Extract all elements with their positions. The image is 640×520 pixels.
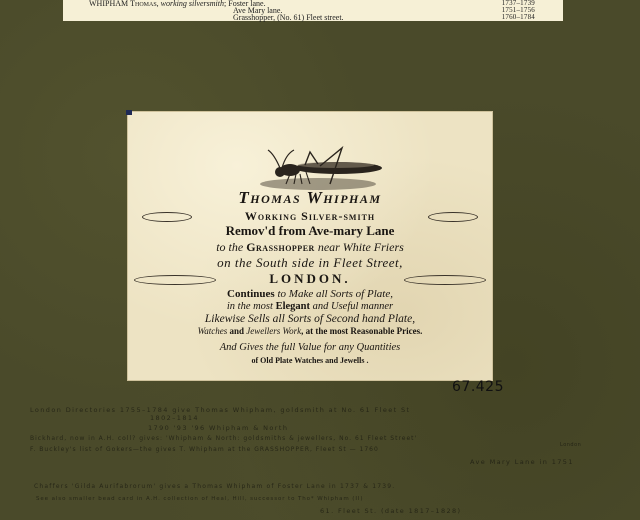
- note-line: London: [560, 442, 581, 448]
- grasshopper-icon: [250, 132, 385, 192]
- note-line: F. Buckley's list of Gokers—the gives T.…: [30, 446, 379, 453]
- note-line: Ave Mary Lane in 1751: [470, 458, 574, 466]
- flourish: [142, 212, 192, 222]
- buying-line-1: And Gives the full Value for any Quantit…: [128, 342, 492, 353]
- flourish: [134, 275, 216, 285]
- services-line-1: Continues to Make all Sorts of Plate,: [128, 288, 492, 300]
- removed-notice: Remov'd from Ave-mary Lane: [128, 223, 492, 239]
- note-line: Bickhard, now in A.H. coll? gives: 'Whip…: [30, 435, 417, 442]
- mount-corner: [126, 110, 132, 115]
- flourish: [428, 212, 478, 222]
- trade-card: Thomas Whipham Working Silver-smith Remo…: [128, 112, 492, 380]
- directory-row: WHIPHAM Thomas, working silversmith; Fos…: [63, 0, 563, 7]
- services-line-3: Likewise Sells all Sorts of Second hand …: [128, 313, 492, 325]
- directory-row: Grasshopper, (No. 61) Fleet street. 1760…: [63, 14, 563, 21]
- city-line: LONDON.: [128, 271, 492, 287]
- proprietor-name: Thomas Whipham: [128, 188, 492, 208]
- note-line: 1790 '93 '96 Whipham & North: [148, 424, 288, 432]
- shop-sign: Grasshopper: [246, 240, 315, 254]
- buying-line-2: of Old Plate Watches and Jewells .: [128, 356, 492, 365]
- services-line-4: Watches and Jewellers Work, at the most …: [128, 326, 492, 336]
- street-line: on the South side in Fleet Street,: [128, 255, 492, 271]
- services-line-2: in the most Elegant and Useful manner: [128, 301, 492, 312]
- note-line: Chaffers 'Gilda Aurifabrorum' gives a Th…: [34, 483, 395, 490]
- note-line: 61. Fleet St. (date 1817–1828): [320, 507, 462, 515]
- accession-number: 67.425: [452, 379, 504, 395]
- trade-title: Working Silver-smith: [128, 209, 492, 224]
- note-line: London Directories 1755–1784 give Thomas…: [30, 406, 411, 414]
- new-address-line: to the Grasshopper near White Friers: [128, 240, 492, 255]
- flourish: [404, 275, 486, 285]
- directory-excerpt: WHIPHAM Thomas, working silversmith; Fos…: [63, 0, 563, 21]
- directory-years: 1760–1784: [502, 14, 535, 21]
- note-line: 1802–1814: [150, 414, 199, 422]
- directory-place: Grasshopper, (No. 61) Fleet street.: [233, 14, 344, 21]
- note-line: See also smaller bead card in A.H. colle…: [36, 496, 363, 502]
